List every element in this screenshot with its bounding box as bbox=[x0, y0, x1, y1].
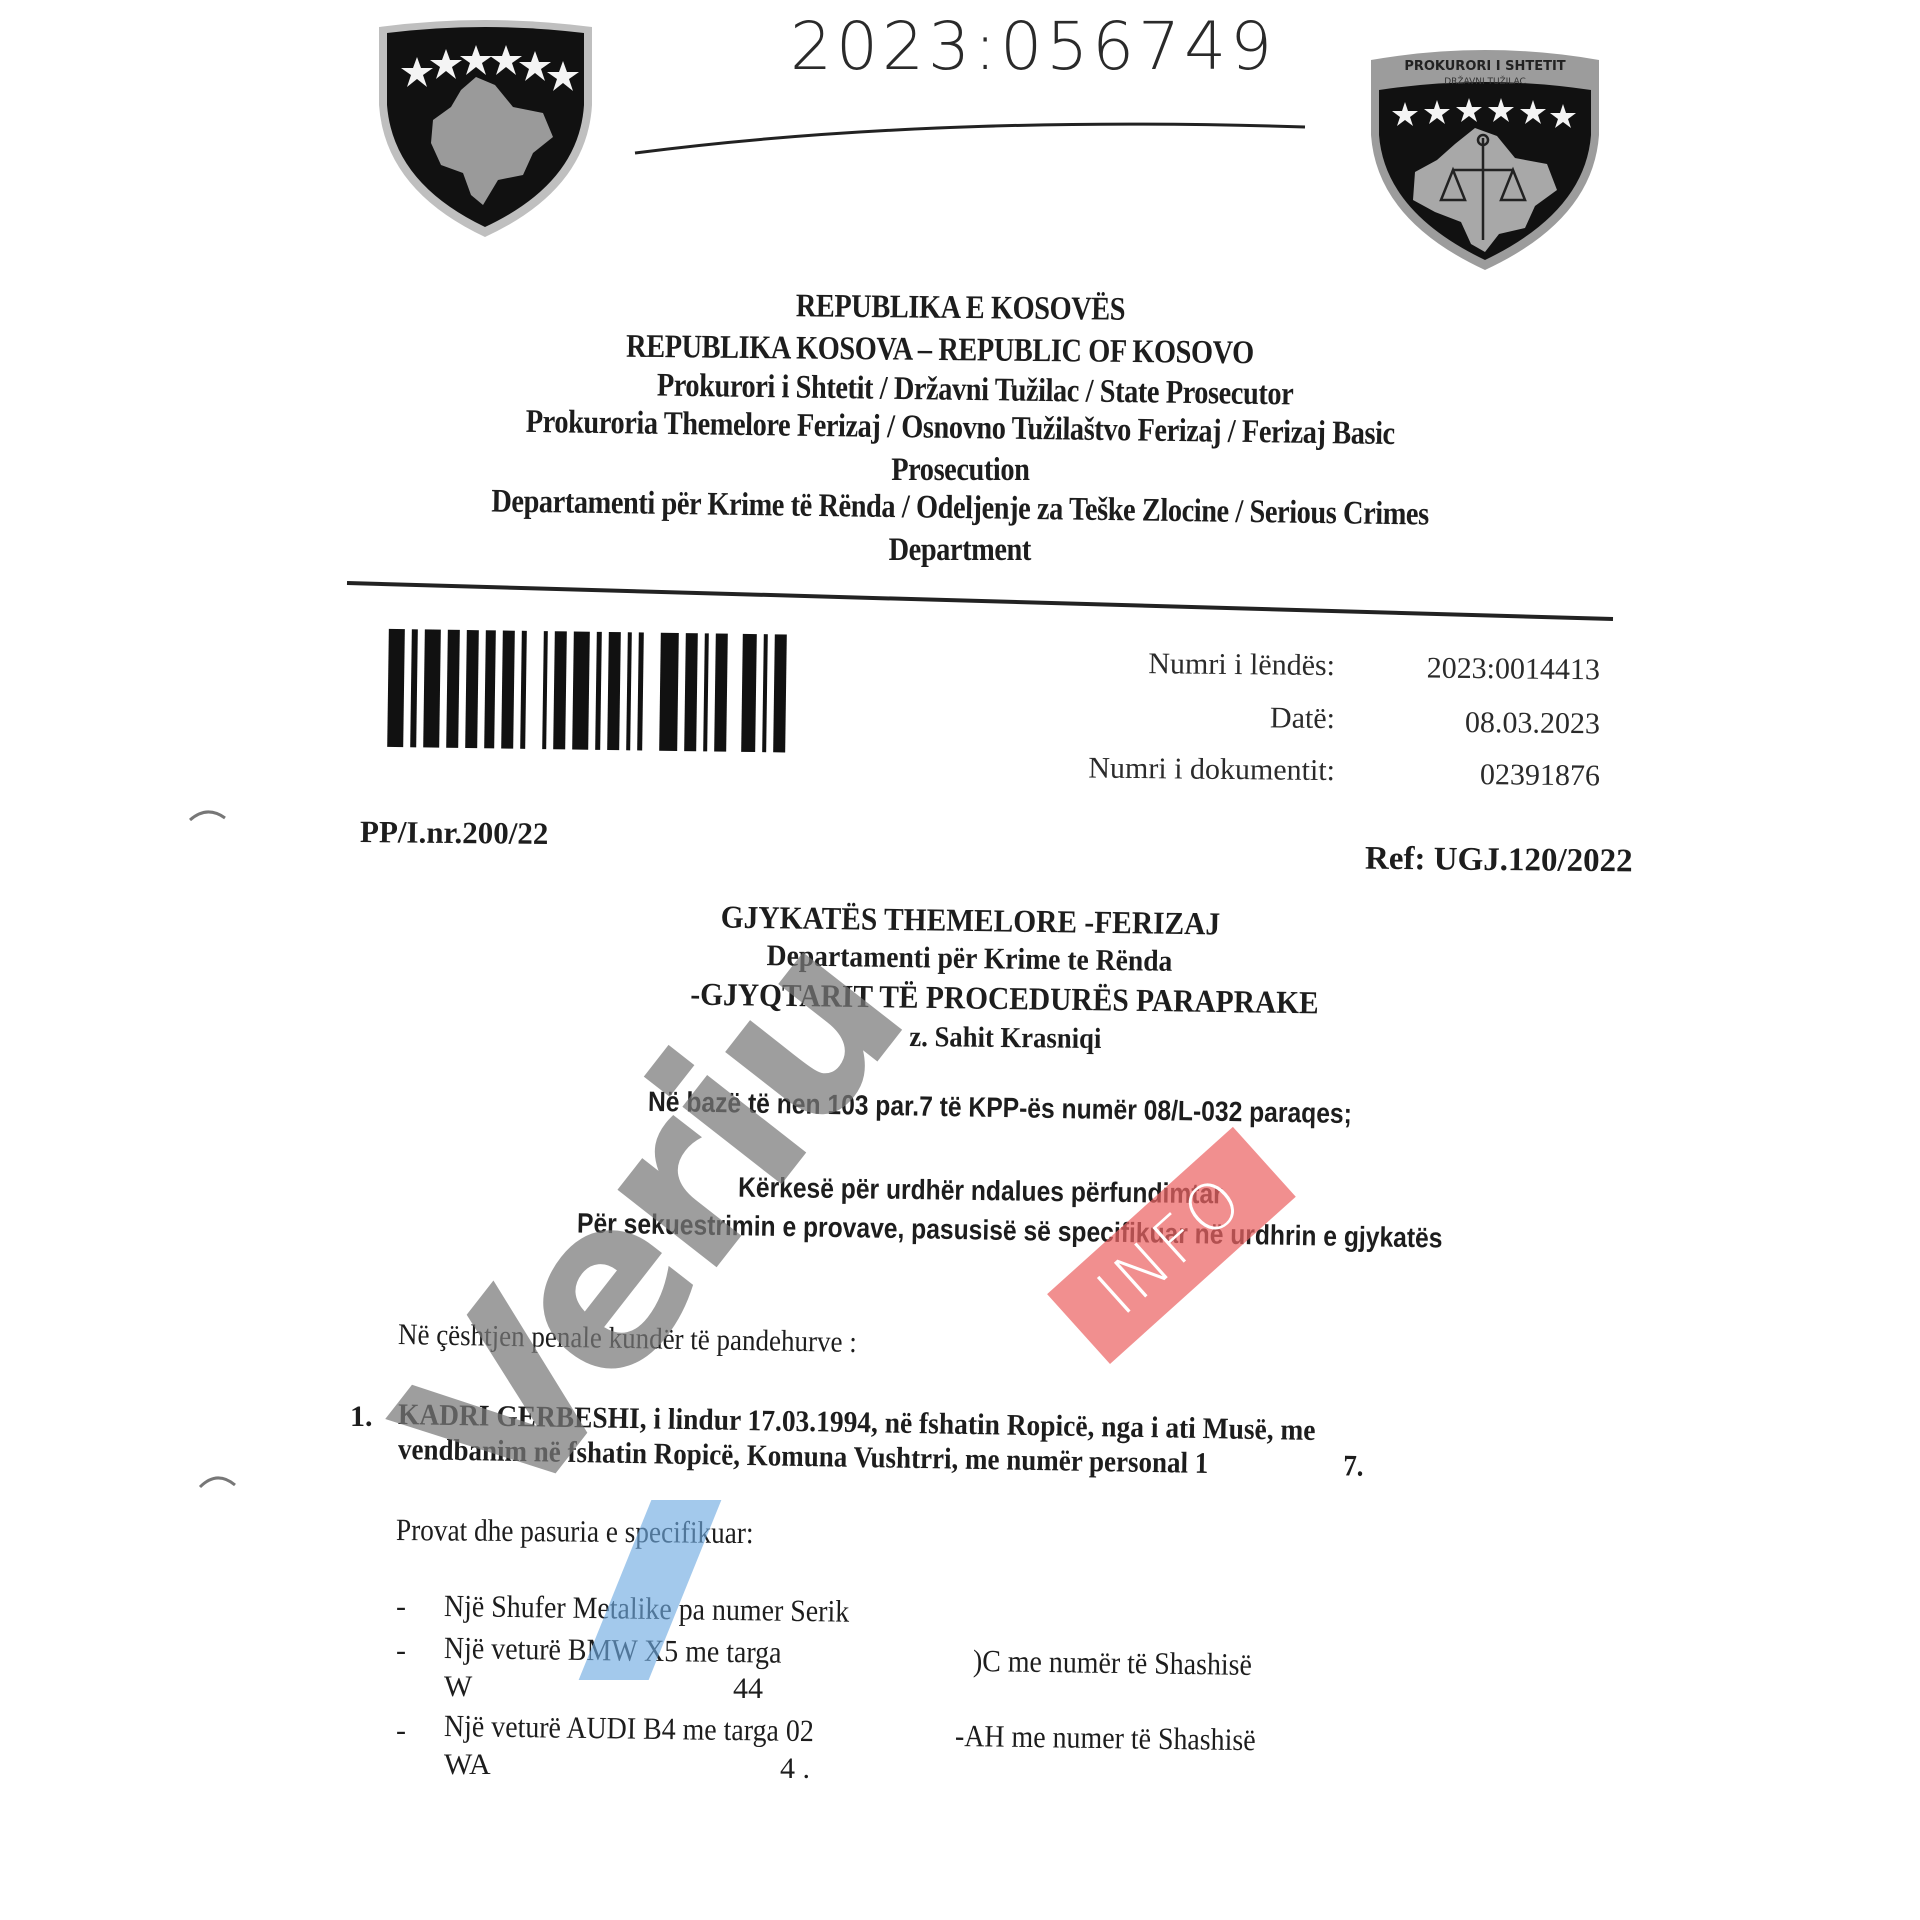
case-number-value: 2023:0014413 bbox=[1340, 651, 1600, 688]
svg-text:DRŽAVNI TUŽILAC: DRŽAVNI TUŽILAC bbox=[1444, 75, 1526, 87]
kosovo-coat-of-arms-icon bbox=[373, 15, 598, 243]
handwritten-underline bbox=[630, 105, 1310, 165]
evidence-item-audi: Një veturë AUDI B4 me targa 02 bbox=[444, 1708, 814, 1749]
reference-number: Ref: UGJ.120/2022 bbox=[1365, 841, 1633, 881]
list-bullet: - bbox=[396, 1714, 406, 1748]
document-number-value: 02391876 bbox=[1340, 757, 1600, 794]
scanned-document: 2023:056749 PROKURORI I SHTETIT DRŽAVNI … bbox=[0, 0, 1920, 1920]
header-line-7: Department bbox=[889, 532, 1031, 569]
header-line-6: Departamenti për Krime të Rënda / Odelje… bbox=[491, 483, 1429, 533]
evidence-item-bmw-chassis: )C me numër të Shashisë bbox=[973, 1643, 1252, 1683]
evidence-item-audi-vin-end: 4 . bbox=[780, 1752, 810, 1786]
header-line-5: Prosecution bbox=[891, 452, 1029, 489]
evidence-item-bmw-vin-end: 44 bbox=[733, 1672, 763, 1706]
pp-number: PP/I.nr.200/22 bbox=[360, 814, 549, 852]
evidence-heading: Provat dhe pasuria e specifikuar: bbox=[396, 1512, 754, 1551]
request-title-line-2: Për sekuestrimin e provave, pasusisë së … bbox=[577, 1207, 1443, 1254]
header-line-2: REPUBLIKA KOSOVA – REPUBLIC OF KOSOVO bbox=[626, 329, 1254, 373]
addressee-department: Departamenti për Krime te Rënda bbox=[767, 939, 1173, 979]
punch-mark-bottom bbox=[195, 1465, 245, 1505]
addressee-judge-name: z. Sahit Krasniqi bbox=[909, 1021, 1101, 1056]
header-line-1: REPUBLIKA E KOSOVËS bbox=[795, 288, 1125, 328]
punch-mark-top bbox=[185, 800, 235, 840]
document-number-label: Numri i dokumentit: bbox=[935, 750, 1335, 788]
date-value: 08.03.2023 bbox=[1340, 705, 1600, 742]
evidence-item-bmw-vin-start: W bbox=[444, 1670, 472, 1704]
document-barcode bbox=[387, 629, 829, 753]
evidence-item-metal-bar: Një Shufer Metalike pa numer Serik bbox=[444, 1588, 850, 1630]
state-prosecutor-emblem-icon: PROKURORI I SHTETIT DRŽAVNI TUŽILAC bbox=[1365, 40, 1605, 275]
request-title-line-1: Kërkesë për urdhër ndalues përfundimtar bbox=[737, 1172, 1222, 1211]
list-bullet: - bbox=[396, 1634, 406, 1668]
handwritten-registry-number: 2023:056749 bbox=[790, 8, 1276, 85]
header-line-4: Prokuroria Themelore Ferizaj / Osnovno T… bbox=[525, 404, 1394, 453]
redacted-personal-number bbox=[1208, 1446, 1344, 1488]
defendant-number: 1. bbox=[350, 1400, 373, 1434]
addressee-court: GJYKATËS THEMELORE -FERIZAJ bbox=[720, 899, 1220, 943]
date-label: Datë: bbox=[935, 698, 1335, 736]
header-separator bbox=[345, 575, 1615, 625]
evidence-item-bmw: Një veturë BMW X5 me targa bbox=[444, 1630, 782, 1671]
evidence-item-audi-chassis: -AH me numer të Shashisë bbox=[955, 1718, 1256, 1758]
evidence-item-audi-vin-start: WA bbox=[444, 1748, 491, 1782]
list-bullet: - bbox=[396, 1590, 406, 1624]
addressee-judge-title: -GJYQTARIT TË PROCEDURËS PARAPRAKE bbox=[691, 976, 1320, 1022]
case-number-label: Numri i lëndës: bbox=[935, 645, 1335, 683]
legal-basis: Në bazë të nen 103 par.7 të KPP-ës numër… bbox=[648, 1086, 1352, 1130]
defendant-name: KADRI GERBESHI bbox=[398, 1398, 640, 1435]
intro-text: Në çështjen penale kundër të pandehurve … bbox=[398, 1318, 857, 1360]
emblem-banner-text: PROKURORI I SHTETIT bbox=[1404, 59, 1565, 74]
